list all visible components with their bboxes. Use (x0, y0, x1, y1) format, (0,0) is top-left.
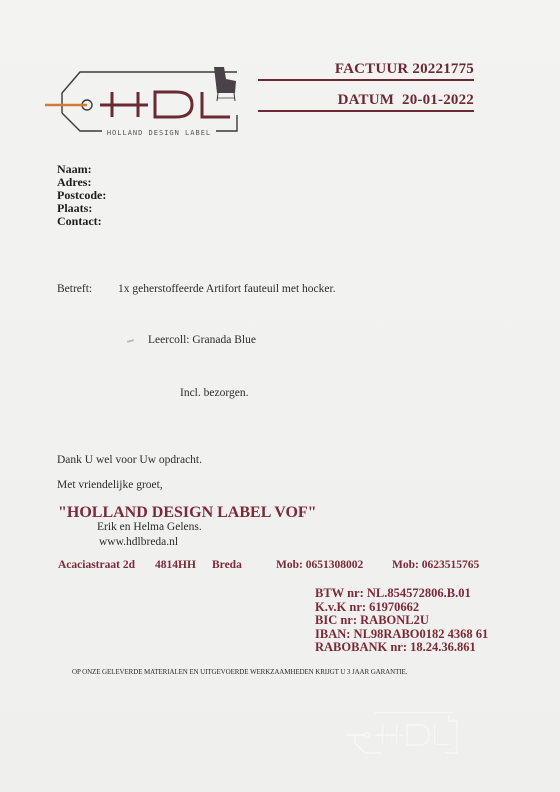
mobile-2: Mob: 0623515765 (392, 559, 479, 571)
subject-text: 1x geherstoffeerde Artifort fauteuil met… (118, 283, 336, 295)
field-contact: Contact: (57, 215, 102, 228)
invoice-number: FACTUUR 20221775 (335, 61, 474, 78)
website-link[interactable]: www.hdlbreda.nl (99, 536, 178, 548)
address-street: Acaciastraat 2d (58, 559, 135, 571)
company-name: "HOLLAND DESIGN LABEL VOF" (58, 504, 317, 522)
greeting-text: Met vriendelijke groet, (57, 479, 163, 491)
delivery-note: Incl. bezorgen. (180, 387, 248, 399)
thanks-text: Dank U wel voor Uw opdracht. (57, 454, 202, 466)
date-underline (258, 110, 474, 112)
invoice-underline (258, 79, 474, 81)
iban-number: IBAN: NL98RABO0182 4368 61 (315, 627, 488, 641)
guarantee-notice: OP ONZE GELEVERDE MATERIALEN EN UITGEVOE… (72, 668, 407, 676)
subject-label: Betreft: (57, 283, 92, 295)
hdl-letters (100, 92, 230, 117)
invoice-date: DATUM 20-01-2022 (338, 92, 474, 109)
tag-outline (62, 72, 237, 131)
btw-number: BTW nr: NL.854572806.B.01 (315, 586, 471, 600)
owner-names: Erik en Helma Gelens. (97, 521, 202, 533)
bic-number: BIC nr: RABONL2U (315, 613, 429, 627)
logo-subtitle: HOLLAND DESIGN LABEL (107, 129, 211, 137)
rabobank-number: RABOBANK nr: 18.24.36.861 (315, 640, 476, 654)
hdl-logo: HOLLAND DESIGN LABEL (40, 45, 250, 140)
kvk-number: K.v.K nr: 61970662 (315, 600, 419, 614)
mobile-1: Mob: 0651308002 (276, 559, 363, 571)
embossed-logo-stamp (345, 705, 465, 757)
leather-collection: Leercoll: Granada Blue (148, 334, 256, 346)
address-city: Breda (212, 559, 242, 571)
address-postcode: 4814HH (155, 559, 196, 571)
